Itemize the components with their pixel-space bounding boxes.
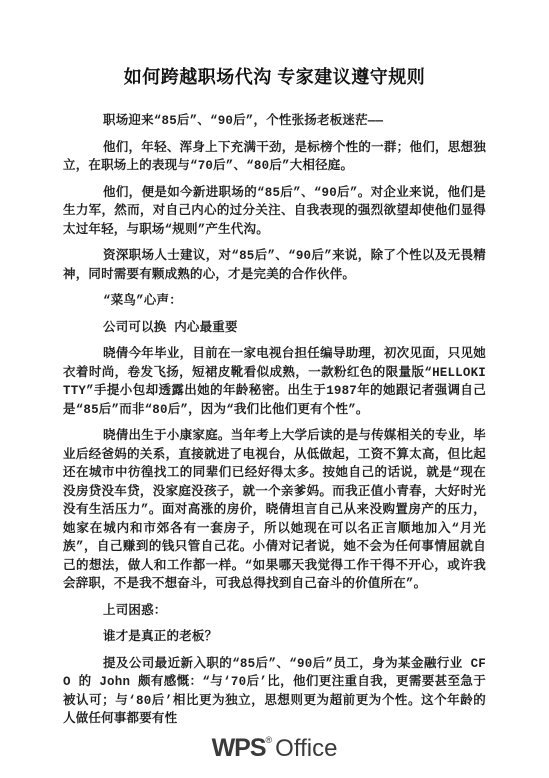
paragraph: 提及公司最近新入职的“85后”、“90后”员工，身为某金融行业 CFO 的 Jo… <box>63 655 486 729</box>
document-content: 如何跨越职场代沟 专家建议遵守规则 职场迎来“85后”、“90后”，个性张扬老板… <box>63 64 486 737</box>
document-page: 如何跨越职场代沟 专家建议遵守规则 职场迎来“85后”、“90后”，个性张扬老板… <box>0 0 549 778</box>
section-subheading: 谁才是真正的老板？ <box>63 628 486 647</box>
paragraph-lede: 职场迎来“85后”、“90后”，个性张扬老板迷茫—— <box>63 112 486 131</box>
section-subheading: 公司可以换 内心最重要 <box>63 319 486 338</box>
paragraph: 资深职场人士建议，对“85后”、“90后”来说，除了个性以及无畏精神，同时需要有… <box>63 247 486 284</box>
office-logo-text: Office <box>275 735 337 762</box>
paragraph: 晓倩今年毕业，目前在一家电视台担任编导助理，初次见面，只见她衣着时尚，卷发飞扬，… <box>63 345 486 419</box>
document-title: 如何跨越职场代沟 专家建议遵守规则 <box>63 64 486 91</box>
paragraph: 他们，便是如今新进职场的“85后”、“90后”。对企业来说，他们是生力军，然而，… <box>63 184 486 240</box>
section-heading-rookie-voice: “菜鸟”心声： <box>63 292 486 311</box>
paragraph: 他们，年轻、浑身上下充满干劲，是标榜个性的一群；他们，思想独立，在职场上的表现与… <box>63 139 486 176</box>
wps-office-logo: WPS®Office <box>0 734 549 763</box>
section-heading-boss-confusion: 上司困惑： <box>63 602 486 621</box>
registered-trademark-icon: ® <box>266 735 273 745</box>
paragraph: 晓倩出生于小康家庭。当年考上大学后读的是与传媒相关的专业，毕业后经爸妈的关系，直… <box>63 427 486 594</box>
wps-logo-text: WPS <box>212 734 266 762</box>
